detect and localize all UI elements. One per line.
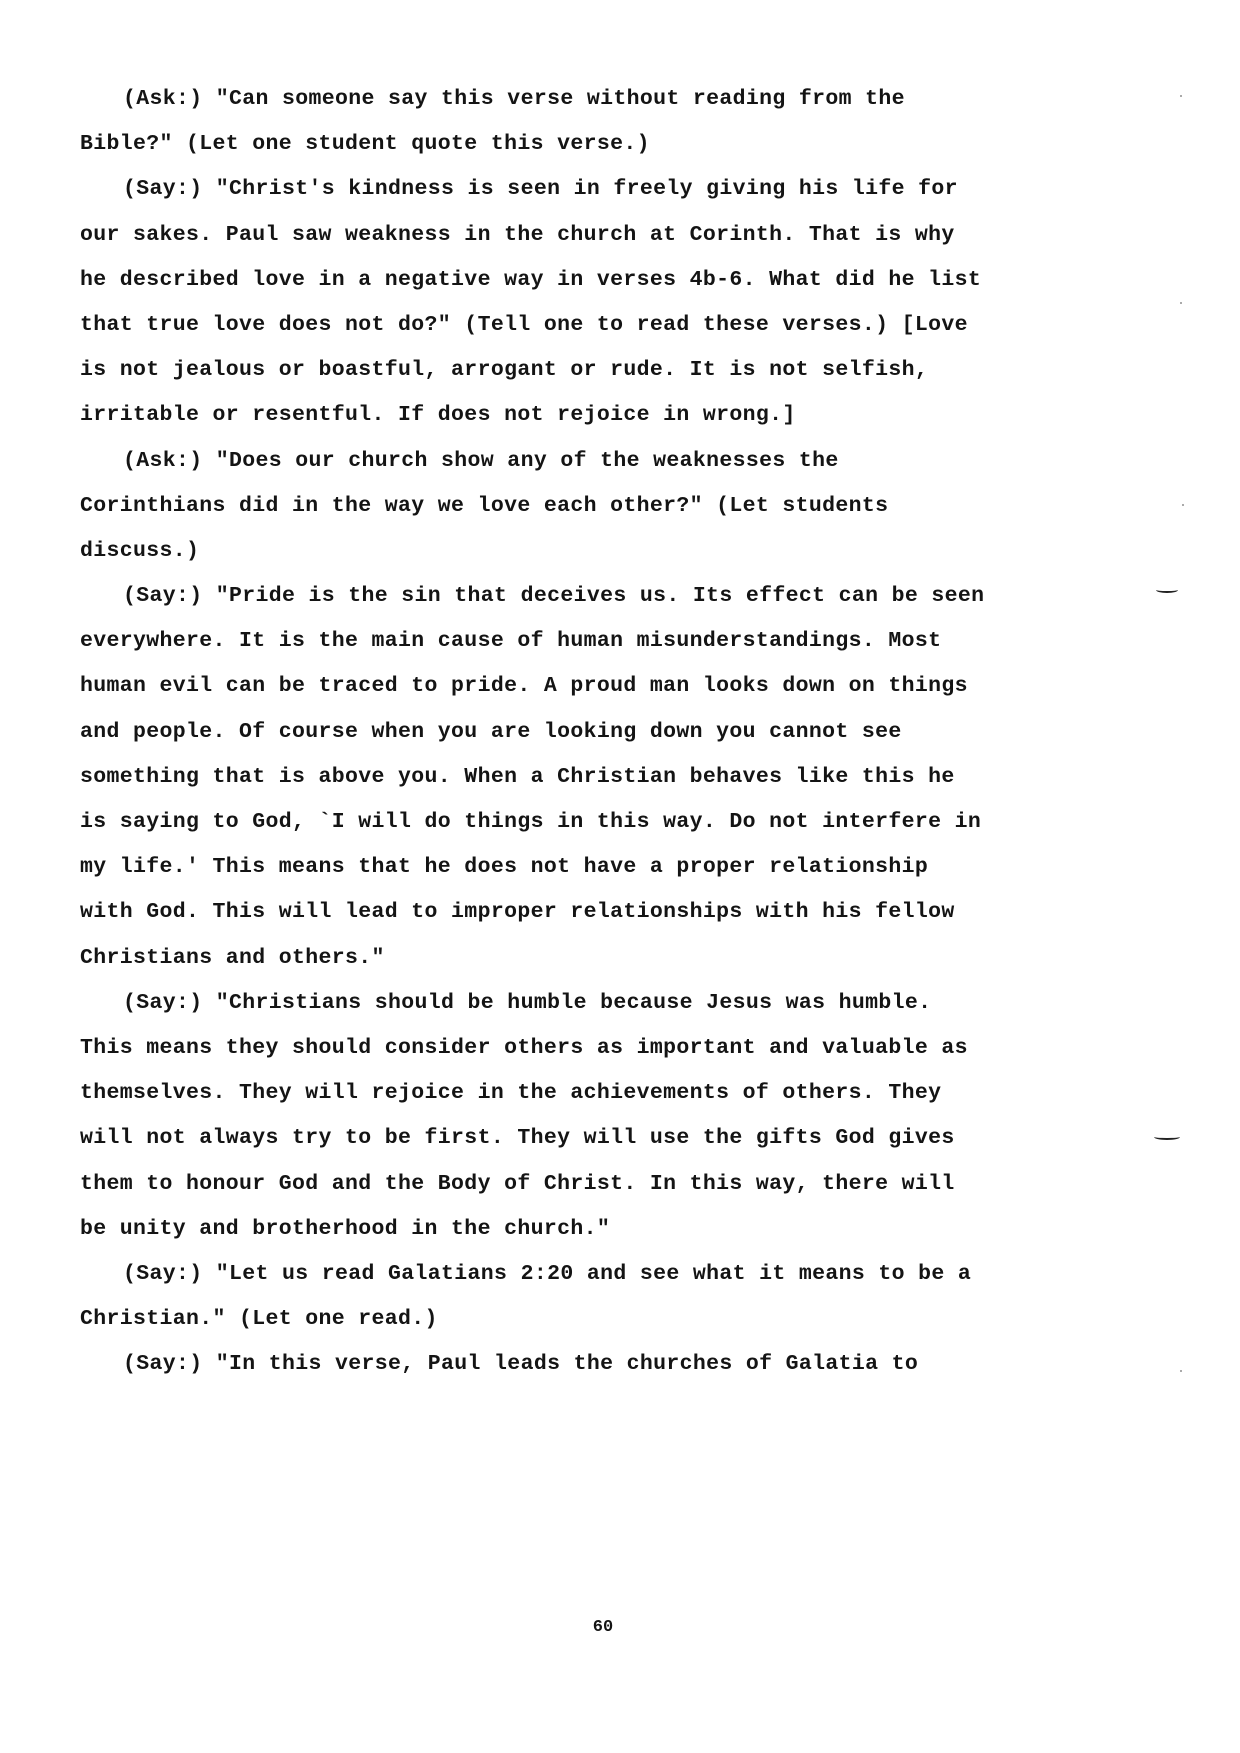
paragraph-first-line: (Say:) "Christ's kindness is seen in fre…: [80, 174, 1140, 219]
text-line: be unity and brotherhood in the church.": [80, 1214, 1140, 1259]
text-line: irritable or resentful. If does not rejo…: [80, 400, 1140, 445]
paragraph-first-line: (Ask:) "Does our church show any of the …: [80, 446, 1140, 491]
scan-speck: [1180, 1370, 1182, 1372]
text-line: human evil can be traced to pride. A pro…: [80, 671, 1140, 716]
text-line: everywhere. It is the main cause of huma…: [80, 626, 1140, 671]
text-line: my life.' This means that he does not ha…: [80, 852, 1140, 897]
text-line: something that is above you. When a Chri…: [80, 762, 1140, 807]
paragraph-first-line: (Say:) "Christians should be humble beca…: [80, 988, 1140, 1033]
text-line: Corinthians did in the way we love each …: [80, 491, 1140, 536]
text-line: them to honour God and the Body of Chris…: [80, 1169, 1140, 1214]
scan-speck: [1180, 95, 1182, 97]
paragraph-first-line: (Say:) "Pride is the sin that deceives u…: [80, 581, 1140, 626]
text-line: will not always try to be first. They wi…: [80, 1123, 1140, 1168]
text-line: Bible?" (Let one student quote this vers…: [80, 129, 1140, 174]
scan-artifact: [1154, 1134, 1180, 1140]
text-line: and people. Of course when you are looki…: [80, 717, 1140, 762]
page-number: 60: [0, 1618, 1240, 1637]
text-line: themselves. They will rejoice in the ach…: [80, 1078, 1140, 1123]
text-line: that true love does not do?" (Tell one t…: [80, 310, 1140, 355]
paragraph-first-line: (Say:) "In this verse, Paul leads the ch…: [80, 1349, 1140, 1394]
text-line: Christian." (Let one read.): [80, 1304, 1140, 1349]
text-line: This means they should consider others a…: [80, 1033, 1140, 1078]
scan-speck: [1180, 302, 1182, 304]
text-line: Christians and others.": [80, 943, 1140, 988]
scan-artifact: [1156, 587, 1178, 593]
text-line: discuss.): [80, 536, 1140, 581]
paragraph-first-line: (Ask:) "Can someone say this verse witho…: [80, 84, 1140, 129]
page-number-text: 60: [593, 1618, 613, 1637]
text-line: is not jealous or boastful, arrogant or …: [80, 355, 1140, 400]
scan-speck: [1182, 504, 1184, 506]
text-line: is saying to God, `I will do things in t…: [80, 807, 1140, 852]
text-line: our sakes. Paul saw weakness in the chur…: [80, 220, 1140, 265]
document-page: (Ask:) "Can someone say this verse witho…: [0, 0, 1240, 1753]
paragraph-first-line: (Say:) "Let us read Galatians 2:20 and s…: [80, 1259, 1140, 1304]
text-line: he described love in a negative way in v…: [80, 265, 1140, 310]
body-text: (Ask:) "Can someone say this verse witho…: [80, 84, 1140, 1394]
text-line: with God. This will lead to improper rel…: [80, 897, 1140, 942]
